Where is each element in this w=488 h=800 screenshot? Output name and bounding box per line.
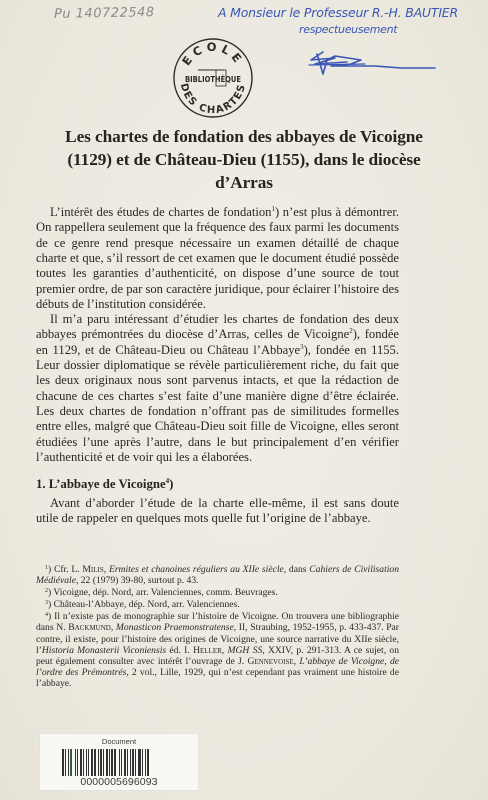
footnote-text: Gennevoise: [247, 656, 293, 667]
p2-text-part3: ), fondée en 1155. Leur dossier diplomat…: [36, 343, 399, 464]
section-heading-close: ): [169, 477, 173, 491]
footnote-text: MGH SS: [228, 645, 263, 656]
footnotes-block: 1) Cfr. L. Milis, Ermites et chanoines r…: [36, 563, 399, 689]
barcode-icon: [62, 749, 174, 776]
footnote-text: éd. I.: [166, 645, 193, 656]
p1-text-start: L’intérêt des études de chartes de fonda…: [50, 205, 271, 219]
paragraph-3: Avant d’aborder l’étude de la charte ell…: [36, 496, 399, 527]
footnote-text: ) Vicoigne, dép. Nord, arr. Valenciennes…: [48, 587, 278, 598]
paragraph-2: Il m’a paru intéressant d’étudier les ch…: [36, 312, 399, 465]
section-heading: 1. L’abbaye de Vicoigne4): [36, 477, 173, 492]
barcode-title: Document: [40, 737, 198, 746]
footnote-4: 4) Il n’existe pas de monographie sur l’…: [36, 610, 399, 689]
svg-text:DES CHARTES: DES CHARTES: [178, 82, 248, 116]
footnote-1: 1) Cfr. L. Milis, Ermites et chanoines r…: [36, 563, 399, 586]
paragraph-1: L’intérêt des études de chartes de fonda…: [36, 205, 399, 312]
dedication-line-1: A Monsieur le Professeur R.-H. BAUTIER: [218, 5, 458, 20]
stamp-bottom-text: DES CHARTES: [178, 82, 248, 116]
footnote-text: Monasticon Praemonstratense: [116, 622, 234, 633]
library-stamp-icon: ECOLE BIBLIOTHÈQUE DES CHARTES: [172, 37, 254, 119]
dedication-line-2: respectueusement: [299, 23, 397, 36]
footnote-text: ) Cfr. L.: [48, 564, 82, 575]
svg-text:ECOLE: ECOLE: [179, 40, 247, 68]
footnote-3: 3) Château-l’Abbaye, dép. Nord, arr. Val…: [36, 598, 399, 610]
title-line-3: d’Arras: [30, 171, 458, 194]
footnote-text: , dans: [284, 564, 310, 575]
footnote-text: Backmund: [68, 622, 111, 633]
article-title: Les chartes de fondation des abbayes de …: [30, 125, 458, 194]
stamp-middle-text: BIBLIOTHÈQUE: [185, 73, 241, 84]
footnote-2: 2) Vicoigne, dép. Nord, arr. Valencienne…: [36, 586, 399, 598]
title-line-2: (1129) et de Château-Dieu (1155), dans l…: [30, 148, 458, 171]
p1-text-end: ) n’est plus à démontrer. On rappellera …: [36, 205, 399, 311]
footnote-text: Heller: [193, 645, 222, 656]
footnote-text: Historia Monasterii Viconiensis: [42, 645, 166, 656]
call-number-annotation: Pu 140722548: [54, 5, 155, 22]
barcode-number: 0000005696093: [40, 776, 198, 788]
footnote-text: Ermites et chanoines réguliers au XIIe s…: [109, 564, 284, 575]
barcode-label: Document 0000005696093: [40, 734, 198, 790]
footnote-text: Milis: [82, 564, 103, 575]
scanned-page: Pu 140722548 A Monsieur le Professeur R.…: [0, 0, 488, 800]
p3-text: Avant d’aborder l’étude de la charte ell…: [36, 496, 399, 527]
footnote-text: ) Château-l’Abbaye, dép. Nord, arr. Vale…: [48, 599, 240, 610]
p2-text-part1: Il m’a paru intéressant d’étudier les ch…: [36, 312, 399, 341]
title-line-1: Les chartes de fondation des abbayes de …: [30, 125, 458, 148]
signature-icon: [305, 48, 445, 78]
stamp-top-text: ECOLE: [179, 40, 247, 68]
section-heading-text: 1. L’abbaye de Vicoigne: [36, 477, 166, 491]
footnote-text: , 22 (1979) 39-80, surtout p. 43.: [76, 575, 199, 586]
